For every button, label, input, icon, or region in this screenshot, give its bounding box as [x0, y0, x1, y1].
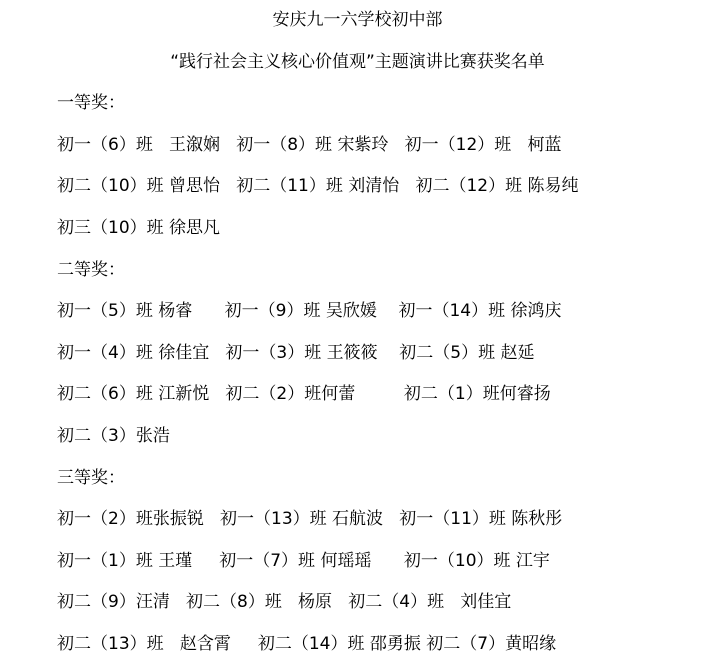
winner-line: 初一（6）班 王溆娴 初一（8）班 宋紫玲 初一（12）班 柯蓝 [57, 135, 562, 155]
section-heading: 二等奖： [57, 260, 125, 280]
winner-line: 初一（4）班 徐佳宜 初一（3）班 王筱筱 初二（5）班 赵延 [57, 343, 535, 363]
winner-line: 初二（10）班 曾思怡 初二（11）班 刘清怡 初二（12）班 陈易纯 [57, 176, 579, 196]
winner-line: 初二（3）张浩 [57, 426, 170, 446]
winner-line: 初二（13）班 赵含霄 初二（14）班 邵勇振 初二（7）黄昭缘 [57, 634, 556, 654]
winner-line: 初二（6）班 江新悦 初二（2）班何蕾 初二（1）班何睿扬 [57, 384, 551, 404]
section-heading: 一等奖： [57, 93, 125, 113]
winner-line: 初二（9）汪清 初二（8）班 杨原 初二（4）班 刘佳宜 [57, 592, 511, 612]
winner-line: 初三（10）班 徐思凡 [57, 218, 220, 238]
winner-line: 初一（5）班 杨睿 初一（9）班 吴欣媛 初一（14）班 徐鸿庆 [57, 301, 562, 321]
winner-line: 初一（2）班张振锐 初一（13）班 石航波 初一（11）班 陈秋彤 [57, 509, 562, 529]
document-title: 安庆九一六学校初中部 [0, 10, 715, 30]
document-subtitle: “践行社会主义核心价值观”主题演讲比赛获奖名单 [0, 52, 715, 72]
section-heading: 三等奖： [57, 468, 125, 488]
winner-line: 初一（1）班 王瑾 初一（7）班 何瑶瑶 初一（10）班 江宇 [57, 551, 550, 571]
